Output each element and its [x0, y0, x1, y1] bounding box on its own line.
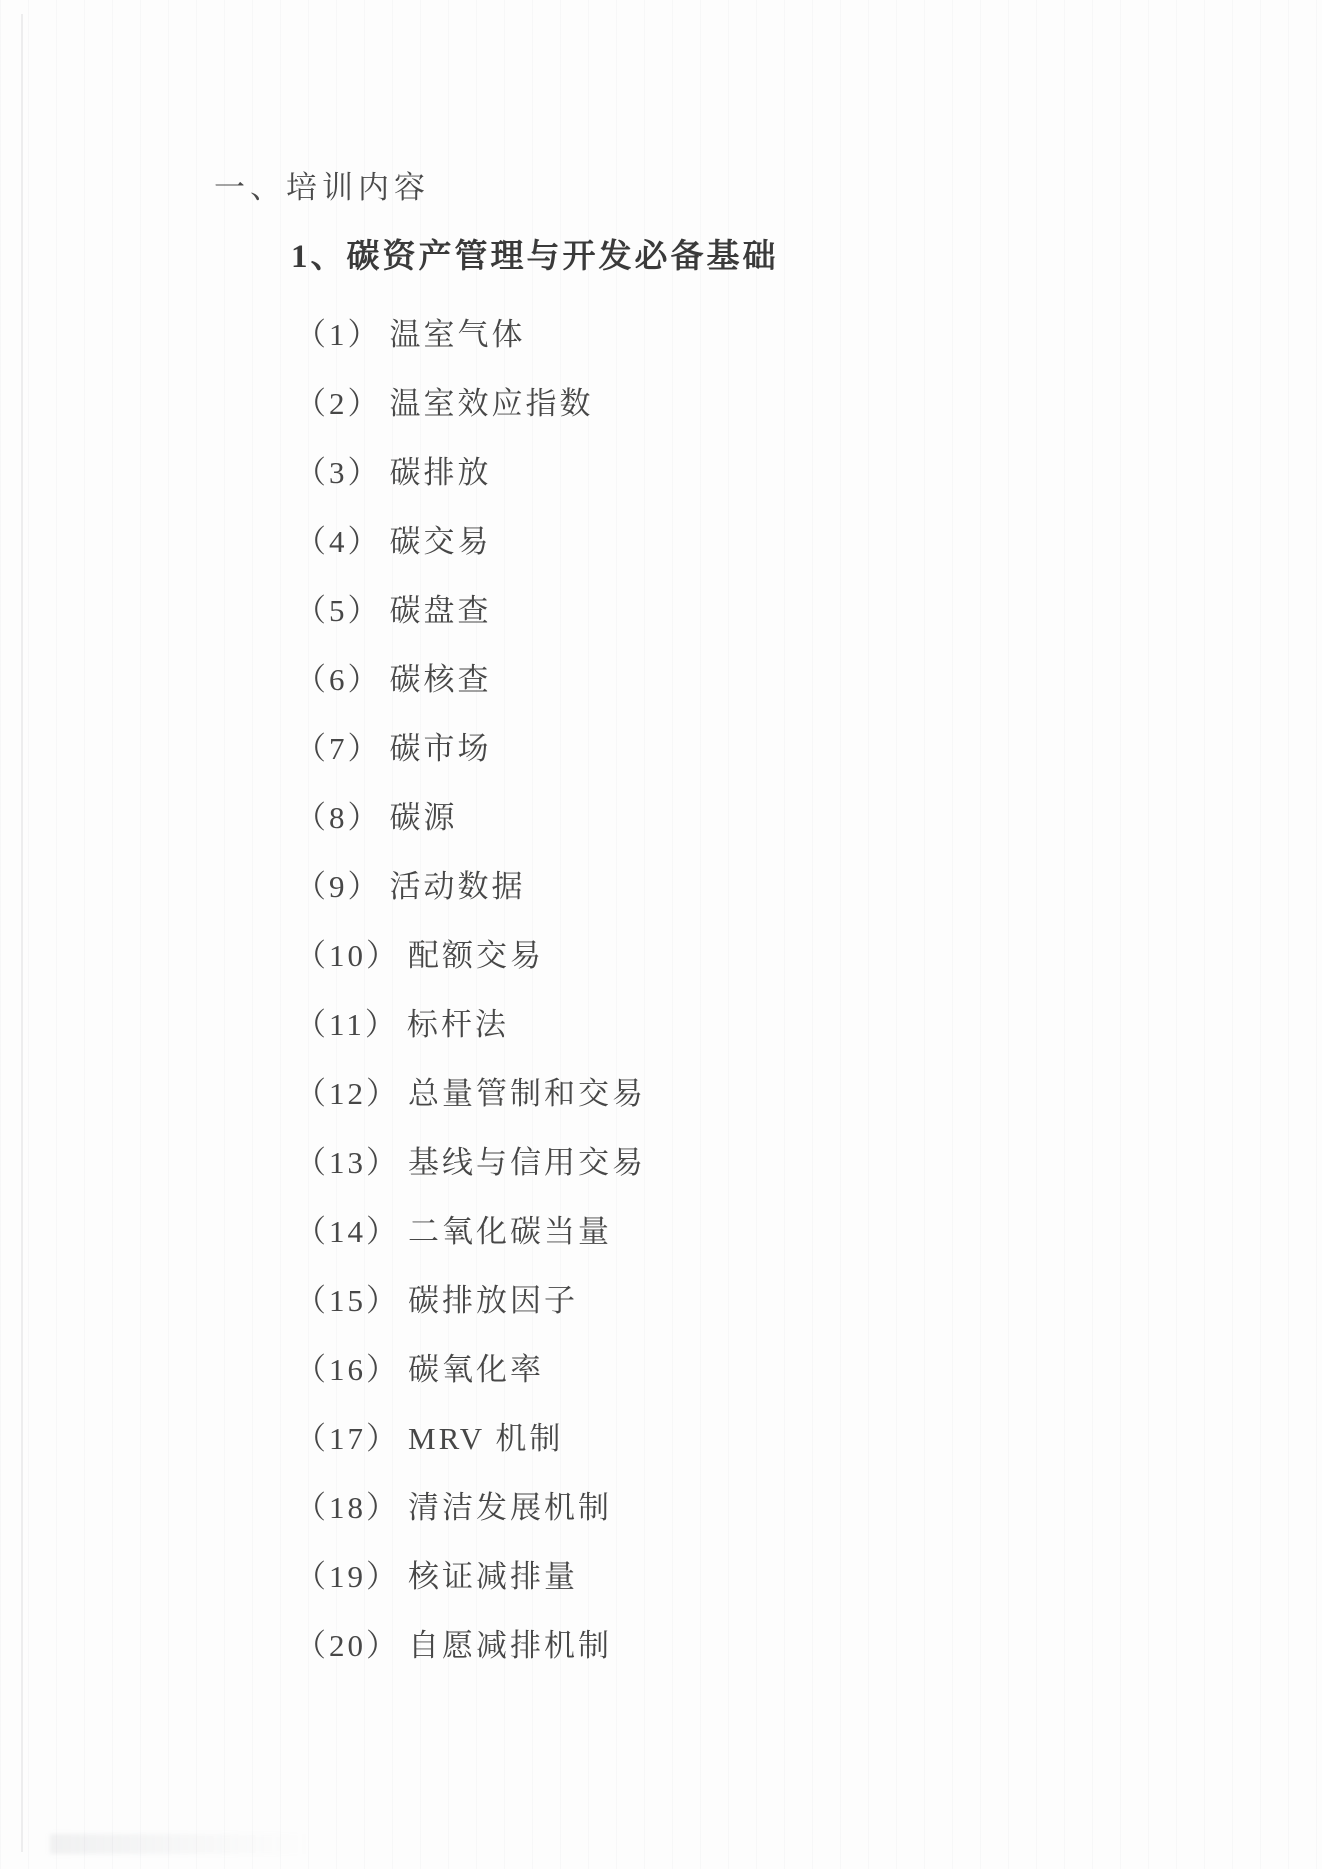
list-item: （7）碳市场: [295, 731, 646, 800]
item-marker: （9）: [295, 869, 382, 904]
list-item: （9）活动数据: [295, 869, 646, 938]
item-marker: （1）: [295, 317, 382, 352]
item-text: 标杆法: [407, 1007, 509, 1042]
item-text: 碳排放: [390, 455, 492, 490]
item-marker: （15）: [295, 1283, 400, 1318]
list-item: （18）清洁发展机制: [295, 1490, 646, 1559]
item-marker: （17）: [295, 1421, 400, 1456]
item-text: 碳核查: [390, 662, 492, 697]
item-text: 温室气体: [390, 317, 526, 352]
item-text: 二氧化碳当量: [408, 1214, 612, 1249]
document-page: 一、培训内容 1、碳资产管理与开发必备基础 （1）温室气体 （2）温室效应指数 …: [0, 0, 1322, 1869]
list-item: （11）标杆法: [295, 1007, 646, 1076]
scan-texture: [0, 0, 1322, 1869]
list-item: （19）核证减排量: [295, 1559, 646, 1628]
item-marker: （6）: [295, 662, 382, 697]
list-item: （3）碳排放: [295, 455, 646, 524]
item-text: 碳市场: [390, 731, 492, 766]
list-item: （2）温室效应指数: [295, 386, 646, 455]
item-marker: （2）: [295, 386, 382, 421]
list-item: （4）碳交易: [295, 524, 646, 593]
subsection-title-text: 碳资产管理与开发必备基础: [347, 239, 779, 275]
item-text: 碳源: [390, 800, 458, 835]
item-text: 基线与信用交易: [408, 1145, 646, 1180]
list-item: （13）基线与信用交易: [295, 1145, 646, 1214]
subsection-number: 1、: [291, 239, 347, 275]
item-marker: （5）: [295, 593, 382, 628]
item-marker: （4）: [295, 524, 382, 559]
list-item: （20）自愿减排机制: [295, 1628, 646, 1697]
item-text: 温室效应指数: [390, 386, 594, 421]
item-text: 清洁发展机制: [408, 1490, 612, 1525]
item-text: 碳氧化率: [408, 1352, 544, 1387]
item-text: 核证减排量: [408, 1559, 578, 1594]
list-item: （12）总量管制和交易: [295, 1076, 646, 1145]
list-item: （17）MRV 机制: [295, 1421, 646, 1490]
item-text: 自愿减排机制: [408, 1628, 612, 1663]
list-item: （15）碳排放因子: [295, 1283, 646, 1352]
item-marker: （13）: [295, 1145, 400, 1180]
item-marker: （19）: [295, 1559, 400, 1594]
item-marker: （16）: [295, 1352, 400, 1387]
item-marker: （7）: [295, 731, 382, 766]
item-text: 活动数据: [390, 869, 526, 904]
training-item-list: （1）温室气体 （2）温室效应指数 （3）碳排放 （4）碳交易 （5）碳盘查 （…: [295, 317, 646, 1697]
item-text: 配额交易: [408, 938, 544, 973]
list-item: （1）温室气体: [295, 317, 646, 386]
section-heading: 一、培训内容: [214, 170, 430, 206]
item-text: 总量管制和交易: [408, 1076, 646, 1111]
item-marker: （8）: [295, 800, 382, 835]
item-text: 碳盘查: [390, 593, 492, 628]
item-marker: （3）: [295, 455, 382, 490]
item-marker: （20）: [295, 1628, 400, 1663]
item-marker: （18）: [295, 1490, 400, 1525]
list-item: （14）二氧化碳当量: [295, 1214, 646, 1283]
list-item: （5）碳盘查: [295, 593, 646, 662]
list-item: （8）碳源: [295, 800, 646, 869]
item-text: MRV 机制: [408, 1421, 563, 1456]
list-item: （16）碳氧化率: [295, 1352, 646, 1421]
scan-noise: [50, 1834, 310, 1854]
item-marker: （14）: [295, 1214, 400, 1249]
list-item: （10）配额交易: [295, 938, 646, 1007]
item-marker: （10）: [295, 938, 400, 973]
item-text: 碳交易: [390, 524, 492, 559]
subsection-title: 1、碳资产管理与开发必备基础: [291, 239, 779, 277]
list-item: （6）碳核查: [295, 662, 646, 731]
item-text: 碳排放因子: [408, 1283, 578, 1318]
item-marker: （11）: [295, 1007, 399, 1042]
item-marker: （12）: [295, 1076, 400, 1111]
scan-edge-line: [21, 14, 23, 1852]
